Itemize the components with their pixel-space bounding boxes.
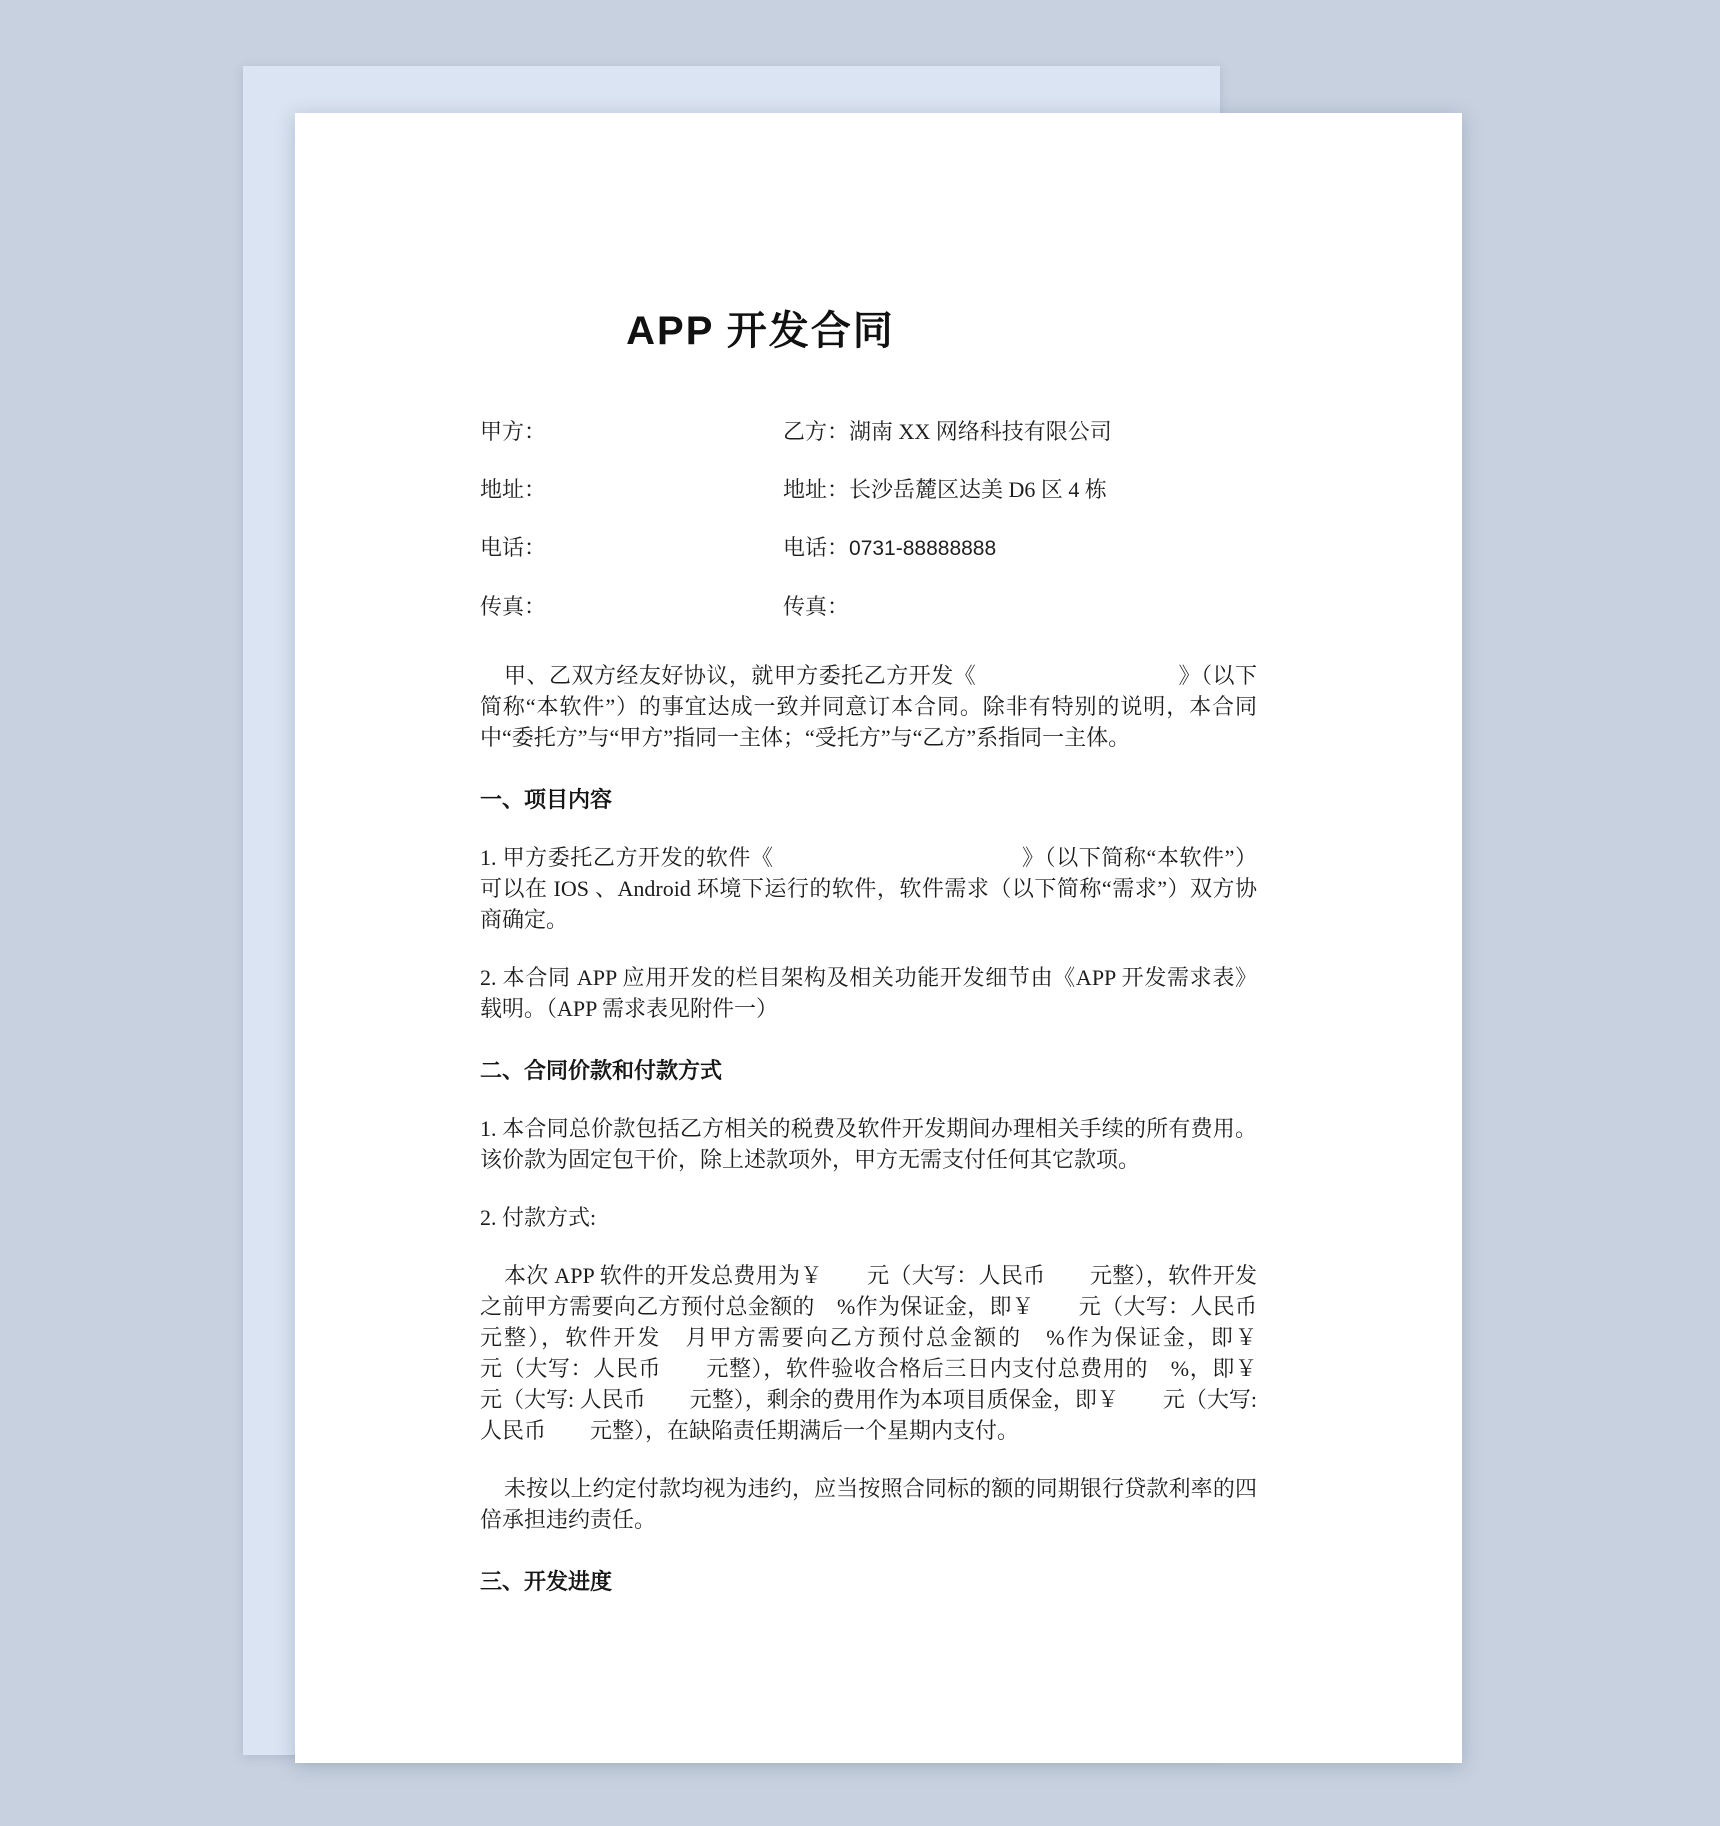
party-b-address-value: 长沙岳麓区达美 D6 区 4 栋	[849, 477, 1107, 502]
section1-paragraph-2: 2. 本合同 APP 应用开发的栏目架构及相关功能开发细节由《APP 开发需求表…	[480, 962, 1257, 1024]
party-b-phone-value: 0731-88888888	[849, 537, 996, 560]
party-b-fax: 传真：	[783, 578, 1257, 636]
section1-paragraph-1: 1. 甲方委托乙方开发的软件《 》（以下简称“本软件”） 可以在 IOS 、An…	[480, 842, 1257, 935]
section-heading-development-progress: 三、开发进度	[480, 1566, 1257, 1597]
intro-paragraph: 甲、乙双方经友好协议，就甲方委托乙方开发《 》（以下简称“本软件”）的事宜达成一…	[480, 660, 1257, 753]
section2-paragraph-2: 2. 付款方式:	[480, 1202, 1257, 1233]
document-title: APP 开发合同	[480, 305, 1041, 357]
party-b-name-label: 乙方：	[783, 419, 849, 444]
desktop-background: APP 开发合同 甲方： 乙方：湖南 XX 网络科技有限公司 地址： 地址：长沙…	[0, 0, 1720, 1826]
parties-block: 甲方： 乙方：湖南 XX 网络科技有限公司 地址： 地址：长沙岳麓区达美 D6 …	[480, 403, 1257, 636]
party-b-address-label: 地址：	[783, 477, 849, 502]
party-a-name-label: 甲方：	[480, 403, 783, 461]
section2-paragraph-1: 1. 本合同总价款包括乙方相关的税费及软件开发期间办理相关手续的所有费用。该价款…	[480, 1113, 1257, 1175]
section-heading-price-payment: 二、合同价款和付款方式	[480, 1055, 1257, 1086]
party-b-address: 地址：长沙岳麓区达美 D6 区 4 栋	[783, 461, 1257, 519]
party-a-fax-label: 传真：	[480, 578, 783, 636]
party-row-name: 甲方： 乙方：湖南 XX 网络科技有限公司	[480, 403, 1257, 461]
party-row-phone: 电话： 电话：0731-88888888	[480, 519, 1257, 578]
party-a-phone-label: 电话：	[480, 519, 783, 578]
party-row-address: 地址： 地址：长沙岳麓区达美 D6 区 4 栋	[480, 461, 1257, 519]
party-b-fax-label: 传真：	[783, 594, 849, 619]
party-row-fax: 传真： 传真：	[480, 578, 1257, 636]
party-b-name-value: 湖南 XX 网络科技有限公司	[849, 419, 1112, 444]
party-a-address-label: 地址：	[480, 461, 783, 519]
party-b-phone-label: 电话：	[783, 535, 849, 560]
section-heading-project-content: 一、项目内容	[480, 784, 1257, 815]
party-b-name: 乙方：湖南 XX 网络科技有限公司	[783, 403, 1257, 461]
section2-payment-terms-paragraph: 本次 APP 软件的开发总费用为￥ 元（大写：人民币 元整），软件开发之前甲方需…	[480, 1260, 1257, 1446]
page-content: APP 开发合同 甲方： 乙方：湖南 XX 网络科技有限公司 地址： 地址：长沙…	[295, 113, 1462, 1637]
section2-breach-paragraph: 未按以上约定付款均视为违约，应当按照合同标的额的同期银行贷款利率的四倍承担违约责…	[480, 1473, 1257, 1535]
contract-page: APP 开发合同 甲方： 乙方：湖南 XX 网络科技有限公司 地址： 地址：长沙…	[295, 113, 1462, 1763]
party-b-phone: 电话：0731-88888888	[783, 519, 1257, 578]
